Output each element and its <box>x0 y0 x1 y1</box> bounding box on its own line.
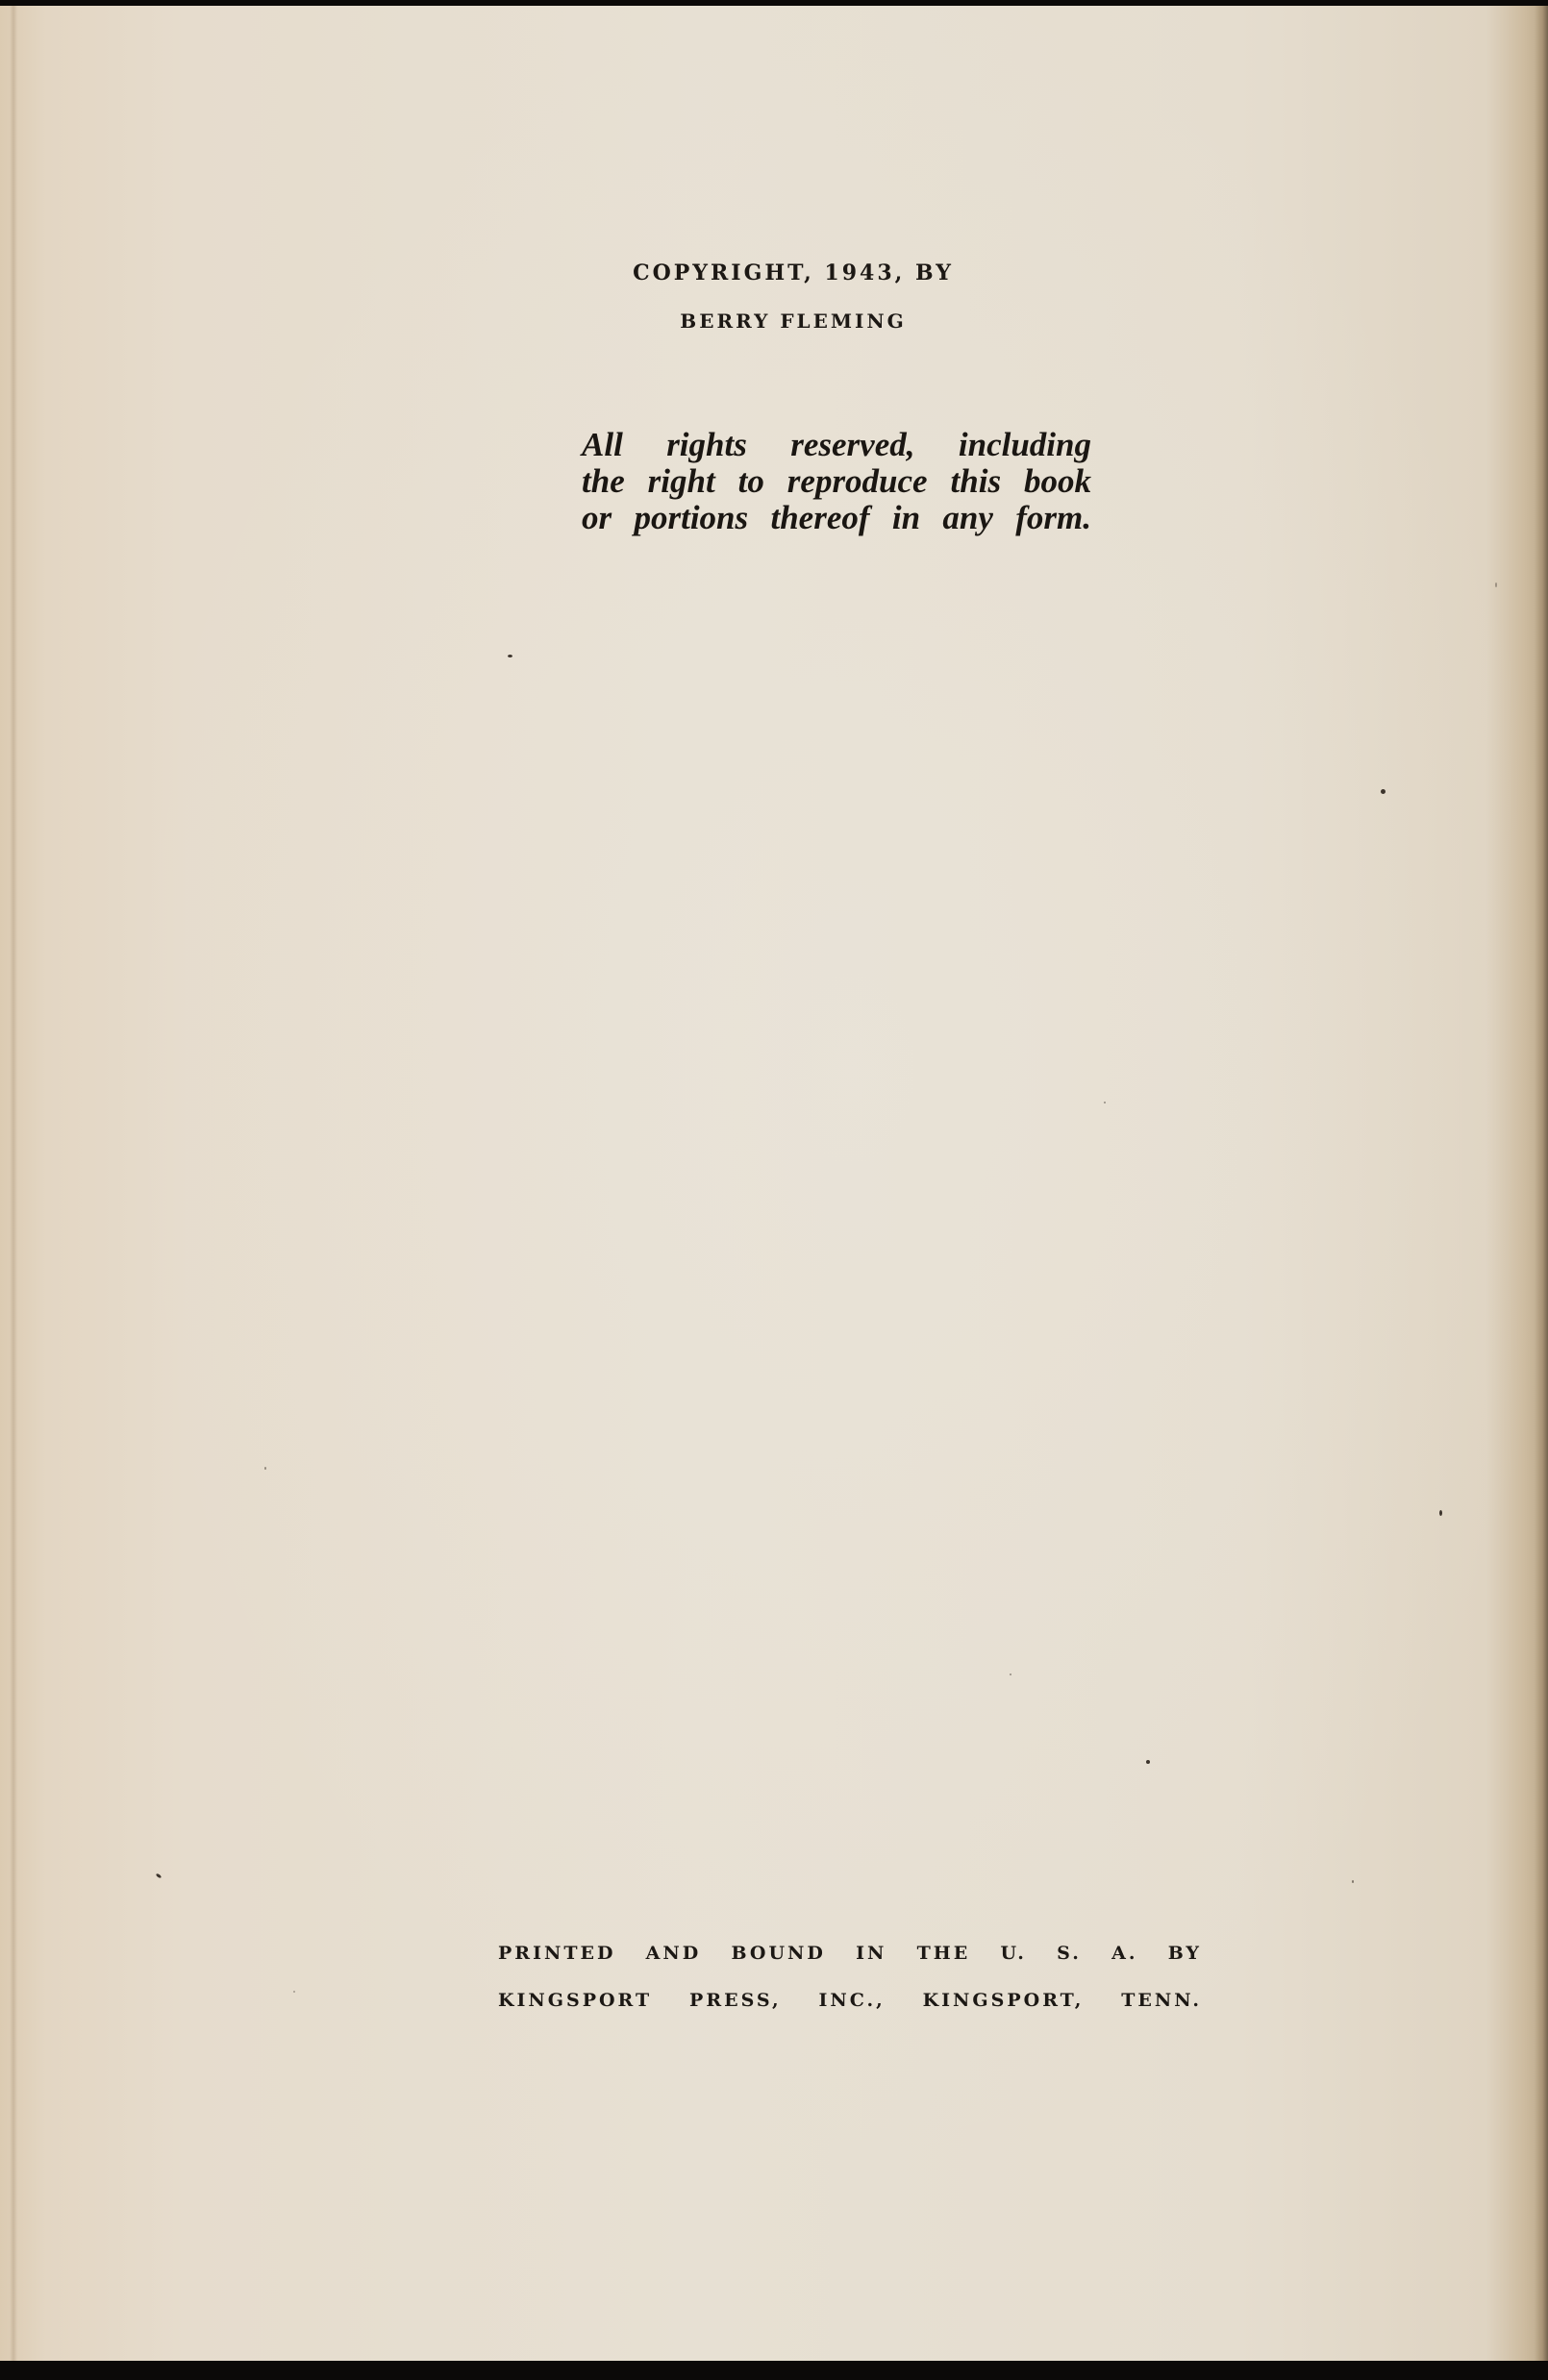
paper-speck <box>1104 1102 1106 1103</box>
paper-speck <box>293 1991 295 1993</box>
paper-speck <box>1146 1760 1150 1764</box>
scan-border-bottom <box>0 2361 1548 2380</box>
paper-speck <box>156 1873 162 1879</box>
paper-speck <box>1381 789 1386 794</box>
author-name: BERRY FLEMING <box>0 310 1548 333</box>
rights-notice: All rights reserved, including the right… <box>582 427 1091 536</box>
printer-notice-line: PRINTED AND BOUND IN THE U. S. A. BY <box>498 1930 1202 1977</box>
paper-speck <box>1352 1880 1354 1883</box>
rights-notice-line: All rights reserved, including <box>582 427 1091 463</box>
printer-notice-line: KINGSPORT PRESS, INC., KINGSPORT, TENN. <box>498 1977 1202 2024</box>
rights-notice-line: the right to reproduce this book <box>582 463 1091 500</box>
paper-speck <box>264 1467 266 1470</box>
paper-speck <box>1439 1510 1442 1516</box>
paper-speck <box>1010 1673 1011 1675</box>
printer-notice: PRINTED AND BOUND IN THE U. S. A. BY KIN… <box>498 1930 1202 2024</box>
book-page: COPYRIGHT, 1943, BY BERRY FLEMING All ri… <box>0 6 1548 2368</box>
paper-speck <box>508 655 512 657</box>
paper-speck <box>1495 583 1497 587</box>
copyright-line: COPYRIGHT, 1943, BY <box>0 260 1548 285</box>
rights-notice-line: or portions thereof in any form. <box>582 500 1091 536</box>
